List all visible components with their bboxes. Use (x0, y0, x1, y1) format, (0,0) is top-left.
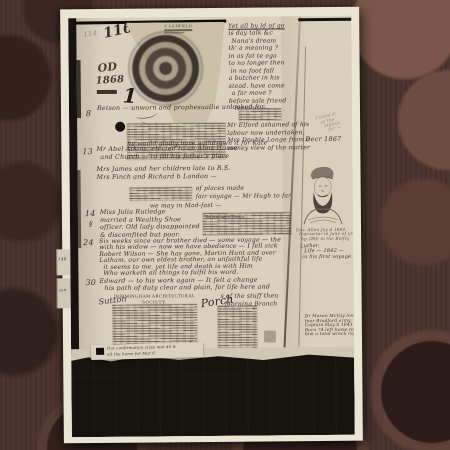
note-line: a butcher in his (229, 76, 304, 83)
date-note: Decr 1867 (305, 136, 341, 143)
stamp-bar (97, 90, 117, 94)
entry-line: fair voyage — Mr Hugh to far (196, 193, 292, 200)
entry-line: Mrs Finch and Richard b London — (97, 174, 217, 182)
page-edge-tab: 148 (56, 249, 71, 275)
right-page-note: Dr Mason McVay lost four Bradford army C… (305, 315, 355, 338)
left-dark-edge (77, 60, 82, 118)
top-note: Yet all by ld of go is day talk &c Nana'… (228, 23, 304, 112)
fragment-rule (164, 29, 192, 31)
page-edge-tab: can (56, 278, 70, 308)
handwritten-slip: Our confirmation class met 40 & all the … (91, 342, 203, 360)
newspaper-clipping (130, 187, 192, 201)
luther-note: Luther, Life — 1842 — in his first voyag… (300, 244, 351, 260)
entry-number: 8 (86, 110, 91, 118)
note-line: a far move ? (232, 91, 304, 98)
smudge (264, 330, 276, 342)
entry-block: Miss Julia Rutledge married a Wealthy Sh… (100, 209, 200, 239)
date-stamp-year: 1868 (95, 75, 124, 87)
postmark-stamp (130, 33, 201, 104)
newspaper-clipping-column (218, 306, 257, 352)
luther-line: in his first voyage (302, 254, 351, 260)
clipping-headline: [BIRMINGHAM ARCHITECTURAL SOCIETY. (111, 293, 199, 304)
note-line: him a total wreck regards (305, 333, 355, 338)
portrait-sketch (297, 162, 348, 226)
date-stamp-od: OD (97, 61, 118, 74)
edge-fragment-text: 148 (58, 257, 66, 261)
slip-ink-block (96, 348, 104, 355)
black-photo-area (71, 352, 355, 437)
entry-side-note: Mr Elford ashamed of his labour now unde… (227, 122, 310, 152)
entry-number: 14 (85, 210, 96, 218)
scrapbook-photograph: 148 can 114 116 OD 1868 Y LICHFIELD. 1 Y… (60, 7, 363, 444)
entry-number: 24 (83, 239, 94, 247)
edge-fragment-text: can (59, 288, 67, 292)
headline-line: [BIRMINGHAM ARCHITECTURAL (111, 293, 199, 299)
entry-block: Six weeks since our brother died — some … (99, 237, 281, 277)
entry-line: and Church — to fill his father's place (100, 154, 229, 162)
clipping-first-line: The marriage of Thomas (203, 212, 291, 220)
ink-blot (115, 122, 125, 132)
newspaper-clipping (239, 108, 281, 120)
entry-line: of places made (196, 186, 244, 193)
entry-line: Miss Julia Rutledge (100, 209, 200, 216)
slip-line: all the home for Mar 6. (107, 351, 156, 356)
corner-pencil-note: Jan (346, 17, 352, 22)
entry-number: 13 (82, 148, 93, 156)
portrait-caption: Gov. Allen Jay d 1884 Instructor in June… (296, 228, 355, 242)
photo-print-area: 114 116 OD 1868 Y LICHFIELD. 1 Yet all b… (68, 16, 355, 437)
entry-line: Mr Elford ashamed of his (227, 122, 310, 129)
section-mark: § (89, 221, 93, 228)
entry-number: 30 (85, 279, 96, 287)
fragment-header: Y LICHFIELD. (164, 23, 193, 28)
entry-block: Edward — to his work again — It felt a c… (99, 277, 270, 292)
newspaper-clipping: The marriage of Thomas (203, 212, 291, 235)
caption-line: bp 28th in the Belfry (301, 237, 355, 242)
